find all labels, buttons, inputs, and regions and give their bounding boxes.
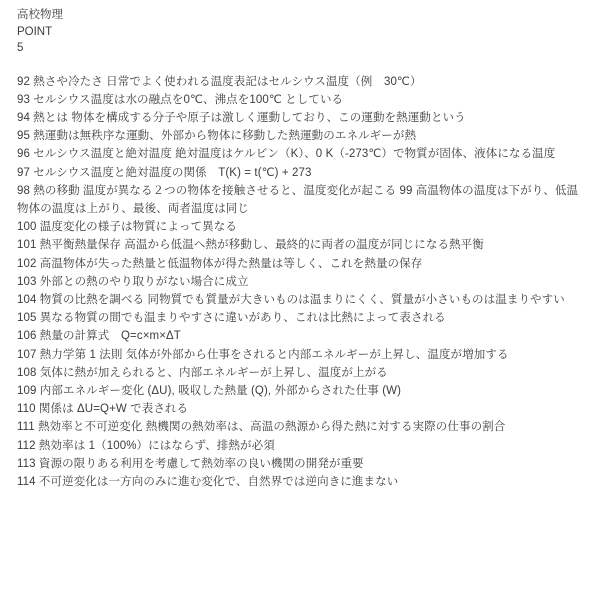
point-line: 93 セルシウス温度は水の融点を0℃、沸点を100℃ としている	[17, 91, 581, 109]
point-line: 106 熱量の計算式 Q=c×m×ΔT	[17, 327, 581, 345]
point-line: 92 熱さや冷たさ 日常でよく使われる温度表記はセルシウス温度（例 30℃）	[17, 73, 581, 91]
point-line: 103 外部との熱のやり取りがない場合に成立	[17, 273, 581, 291]
document-header: 高校物理 POINT 5	[17, 7, 581, 57]
point-line: 94 熱とは 物体を構成する分子や原子は激しく運動しており、この運動を熱運動とい…	[17, 109, 581, 127]
point-line: 107 熱力学第 1 法則 気体が外部から仕事をされると内部エネルギーが上昇し、…	[17, 346, 581, 364]
point-line: 104 物質の比熱を調べる 同物質でも質量が大きいものは温まりにくく、質量が小さ…	[17, 291, 581, 309]
document-page: 高校物理 POINT 5 92 熱さや冷たさ 日常でよく使われる温度表記はセルシ…	[0, 0, 595, 600]
point-line: 111 熱効率と不可逆変化 熱機関の熱効率は、高温の熱源から得た熱に対する実際の…	[17, 418, 581, 436]
point-line: 95 熱運動は無秩序な運動、外部から物体に移動した熱運動のエネルギーが熱	[17, 127, 581, 145]
doc-subtitle: POINT	[17, 24, 581, 41]
points-list: 92 熱さや冷たさ 日常でよく使われる温度表記はセルシウス温度（例 30℃）93…	[17, 73, 581, 492]
point-line: 97 セルシウス温度と絶対温度の関係 T(K) = t(℃) + 273	[17, 164, 581, 182]
point-line: 108 気体に熱が加えられると、内部エネルギーが上昇し、温度が上がる	[17, 364, 581, 382]
point-line: 110 関係は ΔU=Q+W で表される	[17, 400, 581, 418]
point-line: 102 高温物体が失った熱量と低温物体が得た熱量は等しく、これを熱量の保存	[17, 255, 581, 273]
point-line: 114 不可逆変化は一方向のみに進む変化で、自然界では逆向きに進まない	[17, 473, 581, 491]
point-line: 112 熱効率は 1（100%）にはならず、排熱が必須	[17, 437, 581, 455]
point-line: 109 内部エネルギー変化 (ΔU), 吸収した熱量 (Q), 外部からされた仕…	[17, 382, 581, 400]
point-line: 101 熱平衡熱量保存 高温から低温へ熱が移動し、最終的に両者の温度が同じになる…	[17, 236, 581, 254]
point-line: 100 温度変化の様子は物質によって異なる	[17, 218, 581, 236]
doc-page-number: 5	[17, 40, 581, 57]
point-line: 113 資源の限りある利用を考慮して熱効率の良い機関の開発が重要	[17, 455, 581, 473]
doc-title: 高校物理	[17, 7, 581, 24]
point-line: 98 熱の移動 温度が異なる２つの物体を接触させると、温度変化が起こる 99 高…	[17, 182, 581, 218]
point-line: 105 異なる物質の間でも温まりやすさに違いがあり、これは比熱によって表される	[17, 309, 581, 327]
point-line: 96 セルシウス温度と絶対温度 絶対温度はケルビン（K）、0 K（-273℃）で…	[17, 145, 581, 163]
